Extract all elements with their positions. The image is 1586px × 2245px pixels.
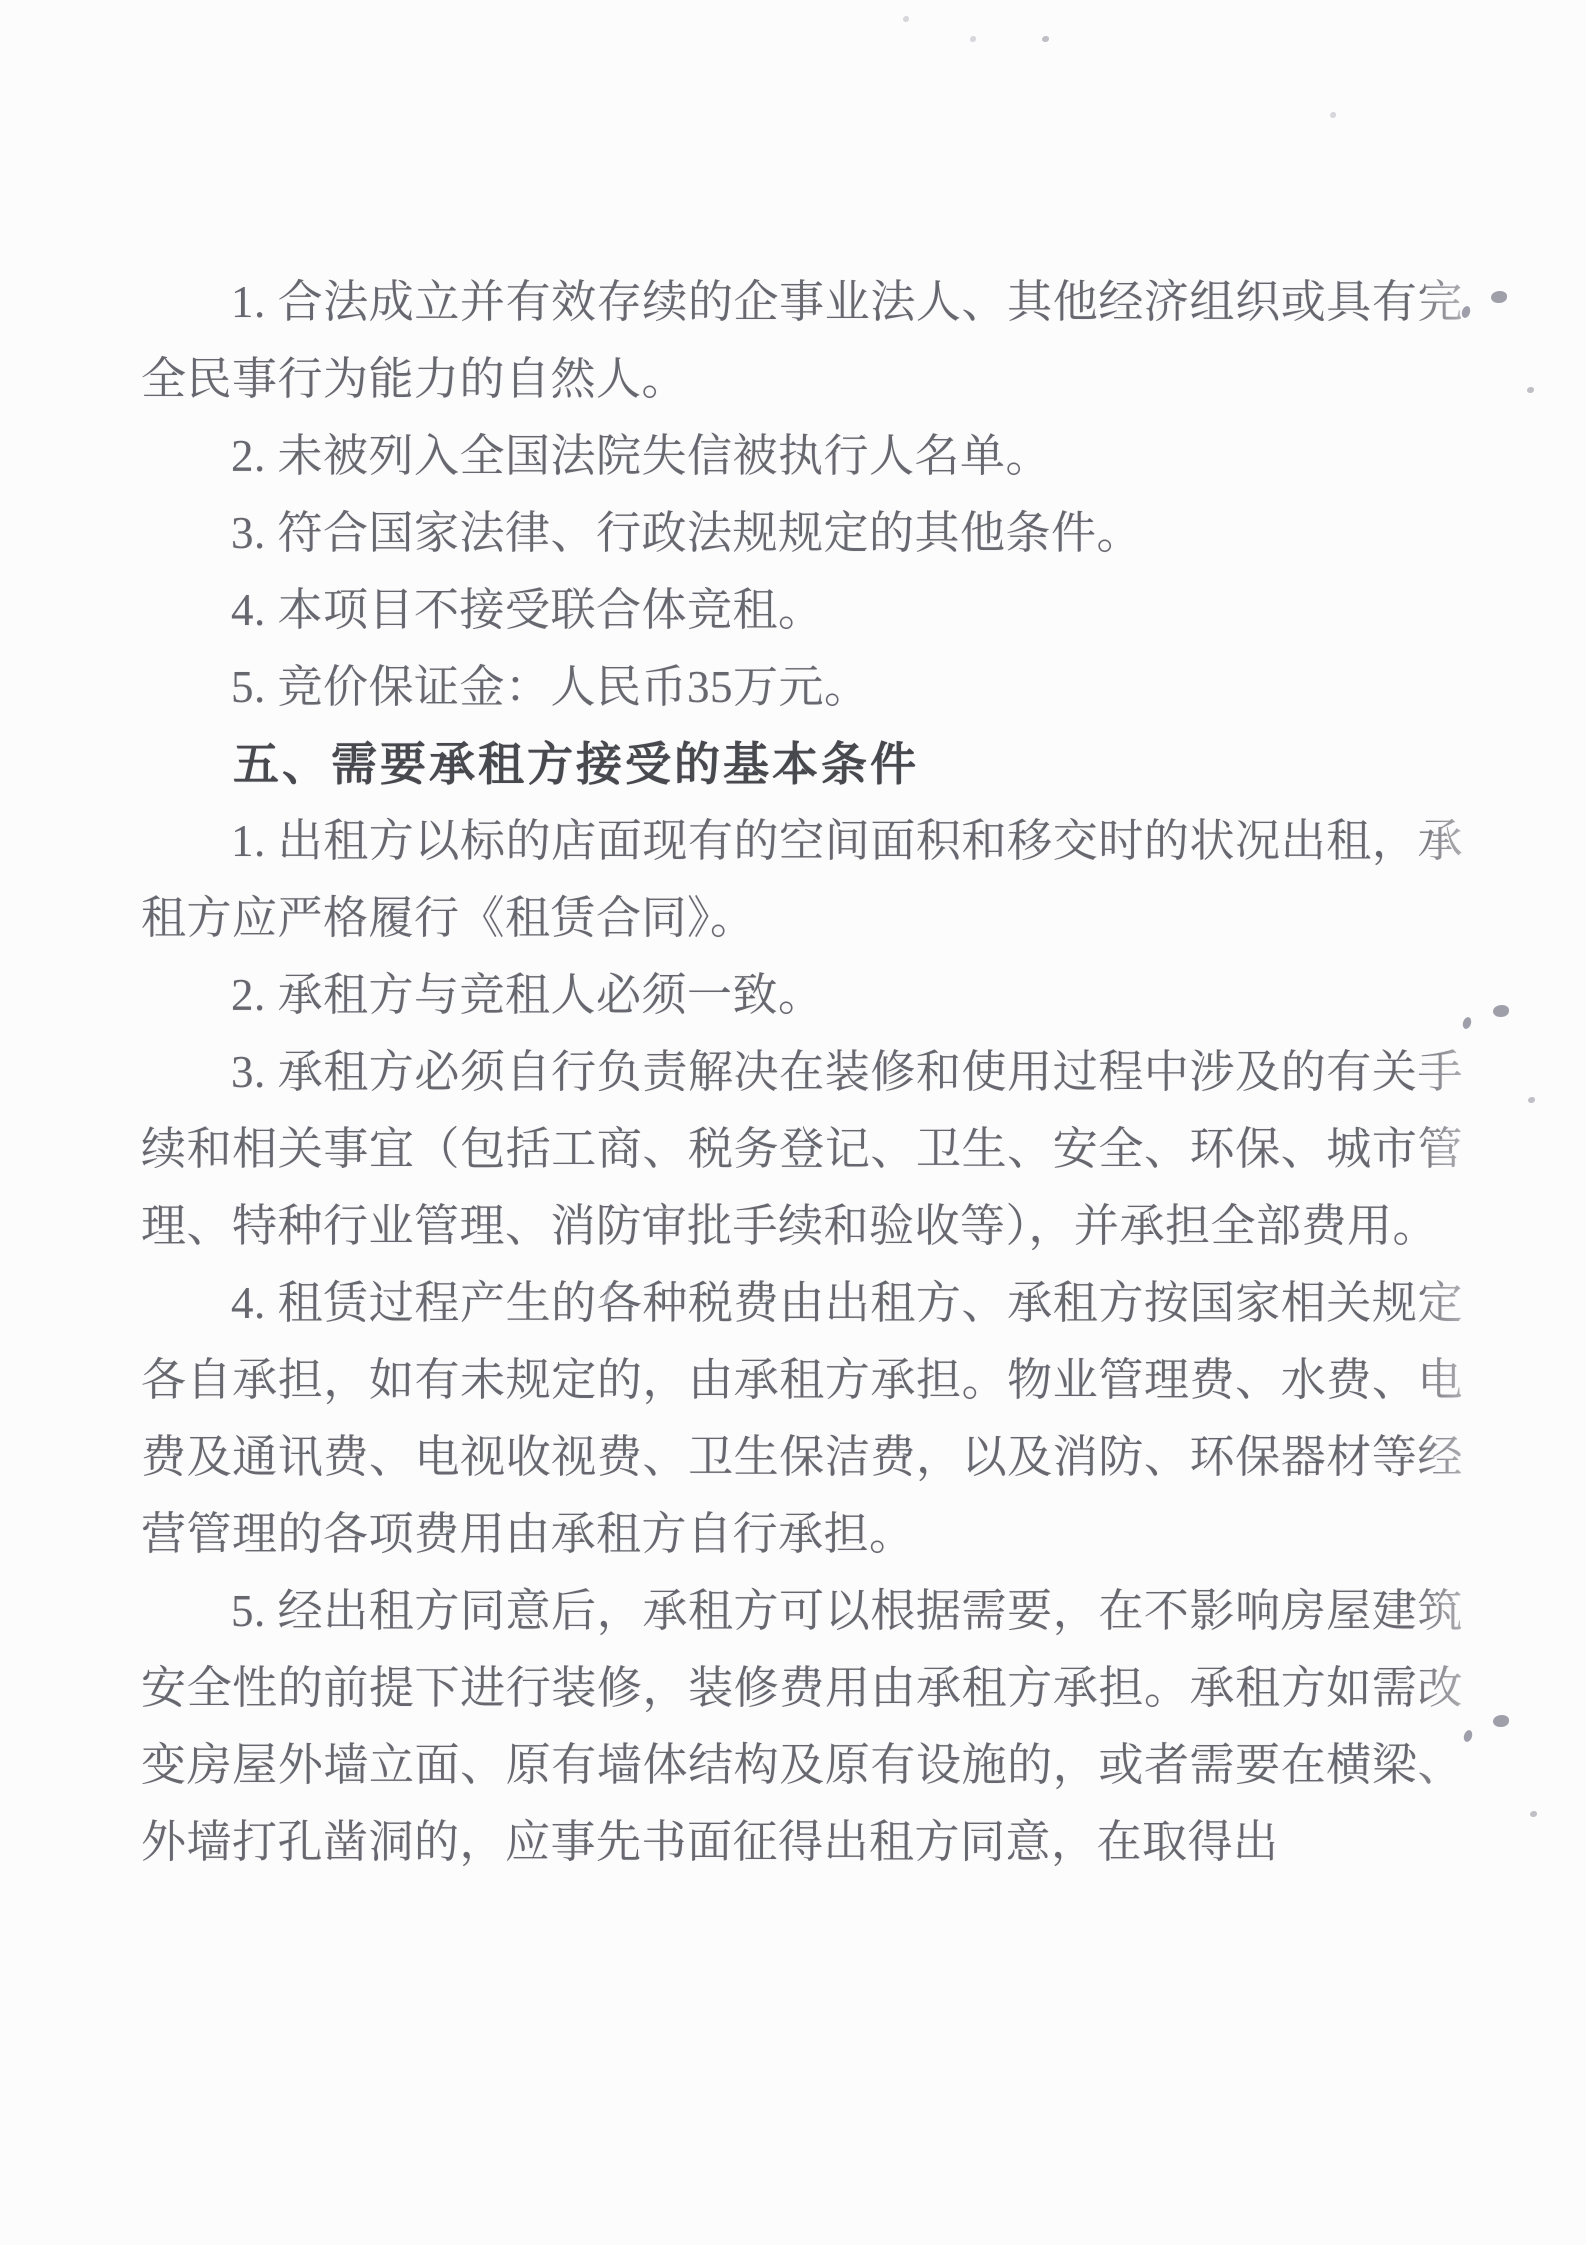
section-heading-five: 五、需要承租方接受的基本条件 [141, 726, 1463, 803]
document-body: 1. 合法成立并有效存续的企事业法人、其他经济组织或具有完全民事行为能力的自然人… [141, 264, 1463, 1881]
scan-speckle [1527, 387, 1534, 393]
scan-speckle [1491, 291, 1507, 303]
scan-speckle [1330, 112, 1336, 118]
scanned-document-page: { "page": { "background_color": "#fcfcfd… [0, 0, 1586, 2245]
clause-eligibility-4: 4. 本项目不接受联合体竞租。 [141, 572, 1463, 649]
clause-eligibility-3: 3. 符合国家法律、行政法规规定的其他条件。 [141, 495, 1463, 572]
clause-basic-condition-3: 3. 承租方必须自行负责解决在装修和使用过程中涉及的有关手续和相关事宜（包括工商… [141, 1034, 1463, 1265]
scan-speckle [1493, 1715, 1509, 1727]
clause-deposit-5: 5. 竞价保证金：人民币35万元。 [141, 649, 1463, 726]
scan-speckle [1462, 1729, 1473, 1743]
scan-speckle [1461, 1016, 1472, 1030]
document-page: 1. 合法成立并有效存续的企事业法人、其他经济组织或具有完全民事行为能力的自然人… [0, 0, 1586, 2245]
scan-speckle [903, 16, 909, 22]
clause-basic-condition-5: 5. 经出租方同意后，承租方可以根据需要，在不影响房屋建筑安全性的前提下进行装修… [141, 1573, 1463, 1881]
clause-basic-condition-2: 2. 承租方与竞租人必须一致。 [141, 957, 1463, 1034]
scan-speckle [1493, 1005, 1509, 1017]
clause-basic-condition-1: 1. 出租方以标的店面现有的空间面积和移交时的状况出租，承租方应严格履行《租赁合… [141, 803, 1463, 957]
scan-speckle [1530, 1811, 1537, 1817]
scan-speckle [970, 36, 976, 42]
scan-speckle [1042, 36, 1049, 42]
clause-eligibility-1: 1. 合法成立并有效存续的企事业法人、其他经济组织或具有完全民事行为能力的自然人… [141, 264, 1463, 418]
clause-basic-condition-4: 4. 租赁过程产生的各种税费由出租方、承租方按国家相关规定各自承担，如有未规定的… [141, 1265, 1463, 1573]
scan-speckle [1528, 1097, 1535, 1103]
clause-eligibility-2: 2. 未被列入全国法院失信被执行人名单。 [141, 418, 1463, 495]
